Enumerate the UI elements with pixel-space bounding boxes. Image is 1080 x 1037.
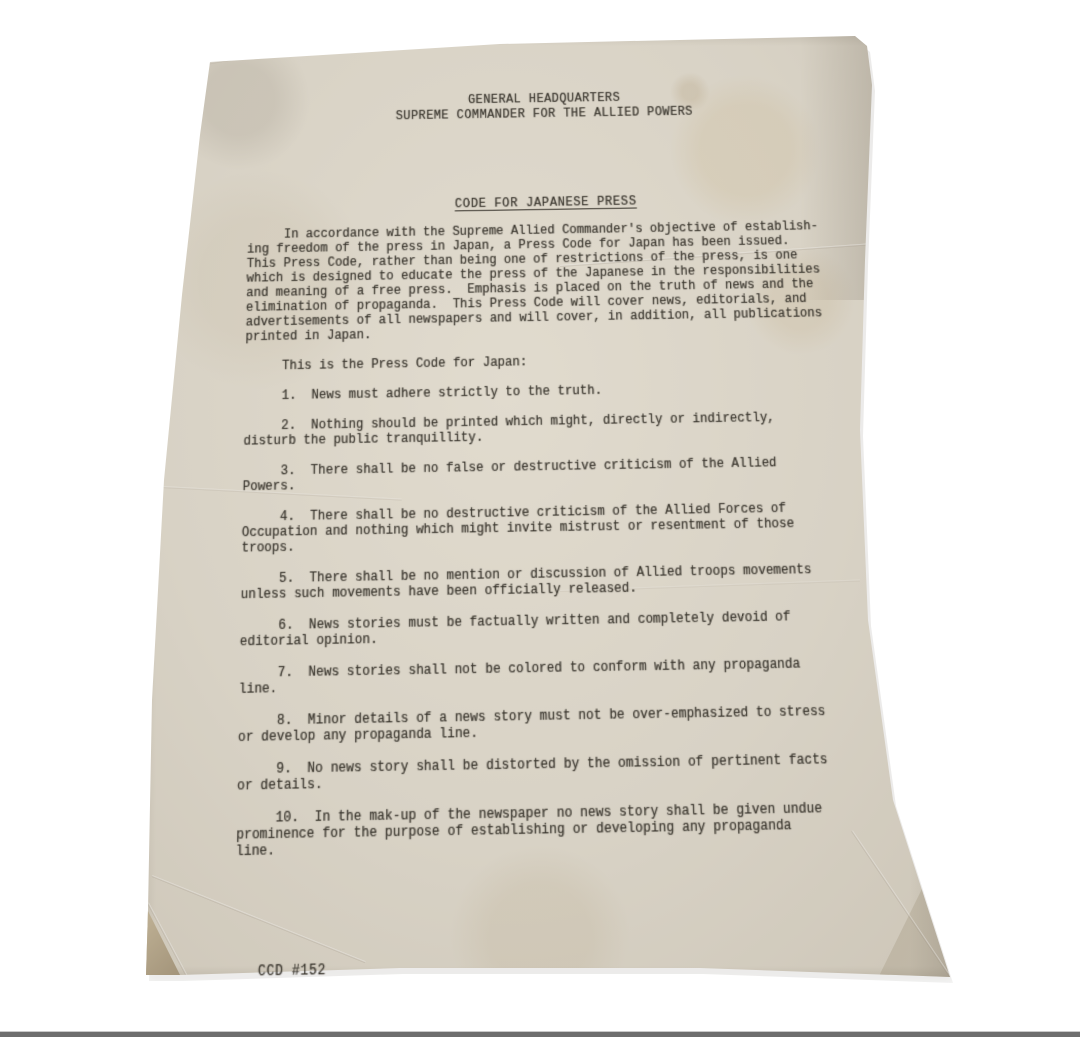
document-content: GENERAL HEADQUARTERS SUPREME COMMANDER F… — [192, 87, 924, 1036]
document-footer: CCD #152 — [258, 962, 326, 980]
document-body: In accordance with the Supreme Allied Co… — [236, 219, 848, 860]
photo-bottom-bar — [0, 1031, 1080, 1037]
photo-background: GENERAL HEADQUARTERS SUPREME COMMANDER F… — [0, 0, 1080, 1037]
document-title: CODE FOR JAPANESE PRESS — [211, 190, 880, 215]
